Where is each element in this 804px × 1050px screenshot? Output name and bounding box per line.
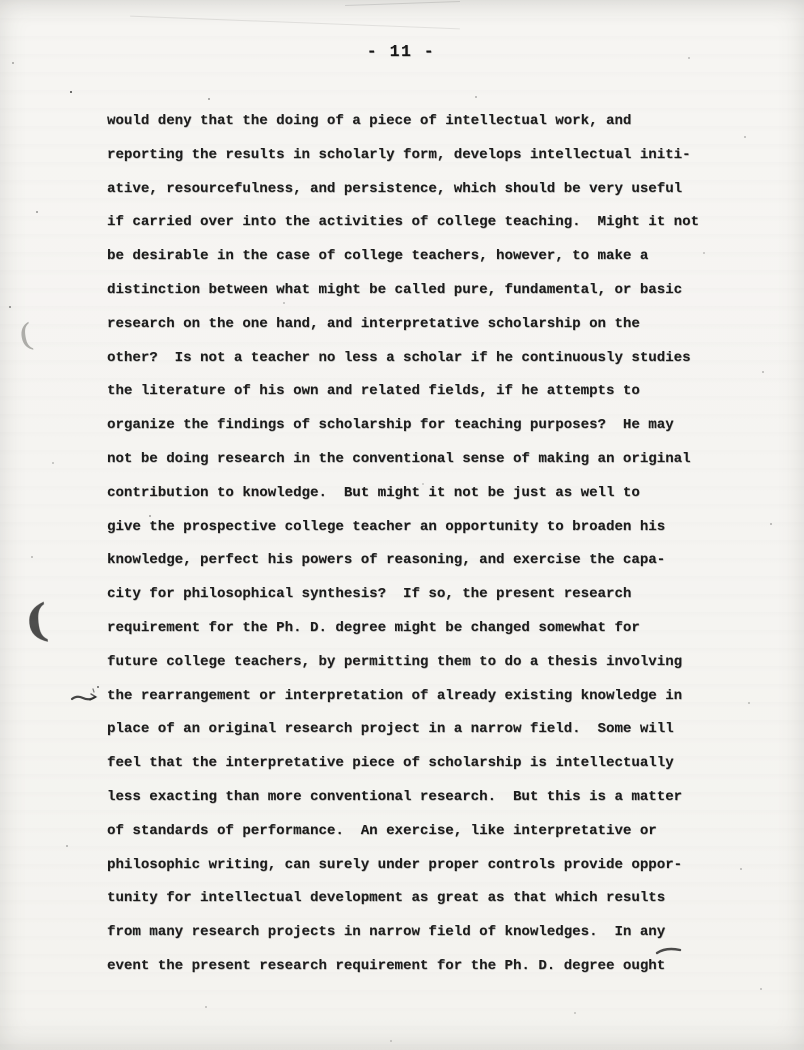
page-number: - 11 - (343, 42, 459, 61)
pen-dash-mark (654, 944, 684, 958)
scan-scratch-line (130, 16, 460, 30)
scan-specks (0, 0, 2, 2)
margin-paren-mark-upper: ( (15, 317, 36, 355)
body-text: would deny that the doing of a piece of … (107, 105, 699, 984)
margin-scribble-mark (70, 688, 98, 706)
scan-scratch-line (345, 1, 460, 6)
margin-paren-mark-lower: ( (22, 595, 51, 648)
document-page: - 11 - would deny that the doing of a pi… (0, 0, 804, 1050)
